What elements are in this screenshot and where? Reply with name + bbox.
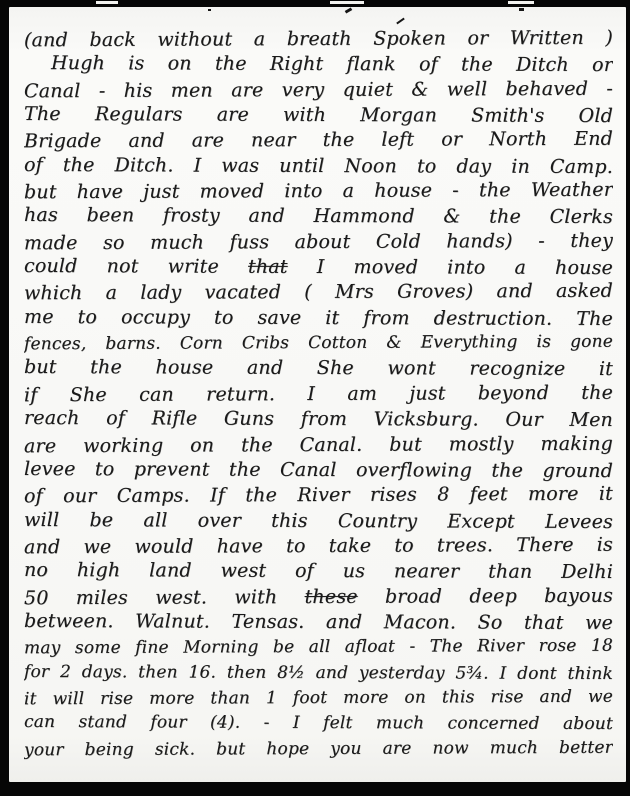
- handwritten-text: and we would have to take to trees. Ther…: [24, 534, 613, 559]
- struck-word: these: [305, 585, 358, 607]
- ink-speck: [519, 8, 524, 11]
- letter-line: The Regulars are with Morgan Smith's Old: [24, 102, 613, 129]
- scan-artifact: [96, 1, 118, 4]
- letter-line: 50 miles west. with these broad deep bay…: [24, 583, 613, 611]
- letter-line: which a lady vacated ( Mrs Groves) and a…: [24, 279, 613, 307]
- scan-artifact: [330, 1, 364, 4]
- handwritten-text: could not write: [24, 255, 248, 278]
- handwritten-text: Brigade and are near the left or North E…: [24, 128, 613, 153]
- letter-line: will be all over this Country Except Lev…: [24, 508, 613, 535]
- letter-paper: (and back without a breath Spoken or Wri…: [9, 7, 626, 782]
- handwritten-text: which a lady vacated ( Mrs Groves) and a…: [24, 280, 613, 305]
- letter-line: if She can return. I am just beyond the: [24, 381, 613, 409]
- handwritten-text: reach of Rifle Guns from Vicksburg. Our …: [24, 407, 613, 431]
- letter-line: of the Ditch. I was until Noon to day in…: [24, 153, 613, 180]
- handwritten-text: are working on the Canal. but mostly mak…: [24, 432, 613, 457]
- handwritten-text: fences, barns. Corn Cribs Cotton & Every…: [24, 332, 613, 355]
- handwritten-text: levee to prevent the Canal overflowing t…: [24, 458, 613, 482]
- letter-line: but have just moved into a house - the W…: [24, 178, 613, 206]
- letter-line: but the house and She wont recognize it: [24, 355, 613, 382]
- handwritten-text: no high land west of us nearer than Delh…: [24, 559, 613, 583]
- handwritten-text: 50 miles west. with: [24, 586, 305, 609]
- handwritten-text: but the house and She wont recognize it: [24, 356, 613, 380]
- handwritten-text: for 2 days. then 16. then 8½ and yesterd…: [24, 662, 613, 684]
- letter-line: Hugh is on the Right flank of the Ditch …: [24, 51, 613, 78]
- letter-line: (and back without a breath Spoken or Wri…: [24, 26, 613, 54]
- handwritten-text: I moved into a house: [288, 256, 613, 279]
- handwritten-text: your being sick. but hope you are now mu…: [24, 737, 613, 760]
- handwritten-text: may some fine Morning be all afloat - Th…: [24, 636, 613, 662]
- letter-line: reach of Rifle Guns from Vicksburg. Our …: [24, 406, 613, 433]
- letter-line: fences, barns. Corn Cribs Cotton & Every…: [24, 330, 613, 358]
- scanned-letter-page: (and back without a breath Spoken or Wri…: [0, 0, 630, 796]
- handwritten-text: has been frosty and Hammond & the Clerks: [24, 204, 613, 228]
- handwritten-text: between. Walnut. Tensas. and Macon. So t…: [24, 610, 613, 634]
- letter-line: of our Camps. If the River rises 8 feet …: [24, 482, 613, 510]
- letter-line: could not write that I moved into a hous…: [24, 254, 613, 281]
- letter-line: levee to prevent the Canal overflowing t…: [24, 457, 613, 484]
- ink-speck: [208, 9, 211, 11]
- scan-artifact: [508, 1, 534, 4]
- handwritten-text: of our Camps. If the River rises 8 feet …: [24, 483, 613, 508]
- handwritten-text: of the Ditch. I was until Noon to day in…: [24, 154, 613, 178]
- handwritten-text: broad deep bayous: [358, 584, 613, 607]
- handwritten-text: but have just moved into a house - the W…: [24, 179, 613, 204]
- handwritten-text: it will rise more than 1 foot more on th…: [24, 687, 613, 710]
- letter-lines: (and back without a breath Spoken or Wri…: [24, 27, 613, 778]
- handwritten-text: The Regulars are with Morgan Smith's Old: [24, 103, 613, 127]
- letter-line: made so much fuss about Cold hands) - th…: [24, 228, 613, 256]
- letter-line: for 2 days. then 16. then 8½ and yesterd…: [24, 660, 613, 687]
- letter-line: no high land west of us nearer than Delh…: [24, 558, 613, 585]
- handwritten-text: me to occupy to save it from destruction…: [24, 306, 613, 330]
- letter-line: me to occupy to save it from destruction…: [24, 305, 613, 332]
- letter-line: may some fine Morning be all afloat - Th…: [24, 634, 613, 662]
- handwritten-text: if She can return. I am just beyond the: [24, 382, 613, 407]
- handwritten-text: Canal - his men are very quiet & well be…: [24, 77, 613, 102]
- handwritten-text: can stand four (4). - I felt much concer…: [24, 712, 613, 734]
- handwritten-text: made so much fuss about Cold hands) - th…: [24, 229, 613, 254]
- letter-line: has been frosty and Hammond & the Clerks: [24, 203, 613, 230]
- letter-line: your being sick. but hope you are now mu…: [24, 735, 613, 763]
- struck-word: that: [248, 256, 288, 278]
- handwritten-text: will be all over this Country Except Lev…: [24, 509, 613, 533]
- handwritten-text: Hugh is on the Right flank of the Ditch …: [51, 52, 613, 76]
- letter-line: Canal - his men are very quiet & well be…: [24, 76, 613, 104]
- letter-line: it will rise more than 1 foot more on th…: [24, 685, 613, 713]
- handwritten-text: (and back without a breath Spoken or Wri…: [24, 27, 613, 52]
- letter-line: are working on the Canal. but mostly mak…: [24, 431, 613, 459]
- letter-line: between. Walnut. Tensas. and Macon. So t…: [24, 609, 613, 636]
- letter-line: can stand four (4). - I felt much concer…: [24, 710, 613, 737]
- letter-line: Brigade and are near the left or North E…: [24, 127, 613, 155]
- letter-line: and we would have to take to trees. Ther…: [24, 533, 613, 561]
